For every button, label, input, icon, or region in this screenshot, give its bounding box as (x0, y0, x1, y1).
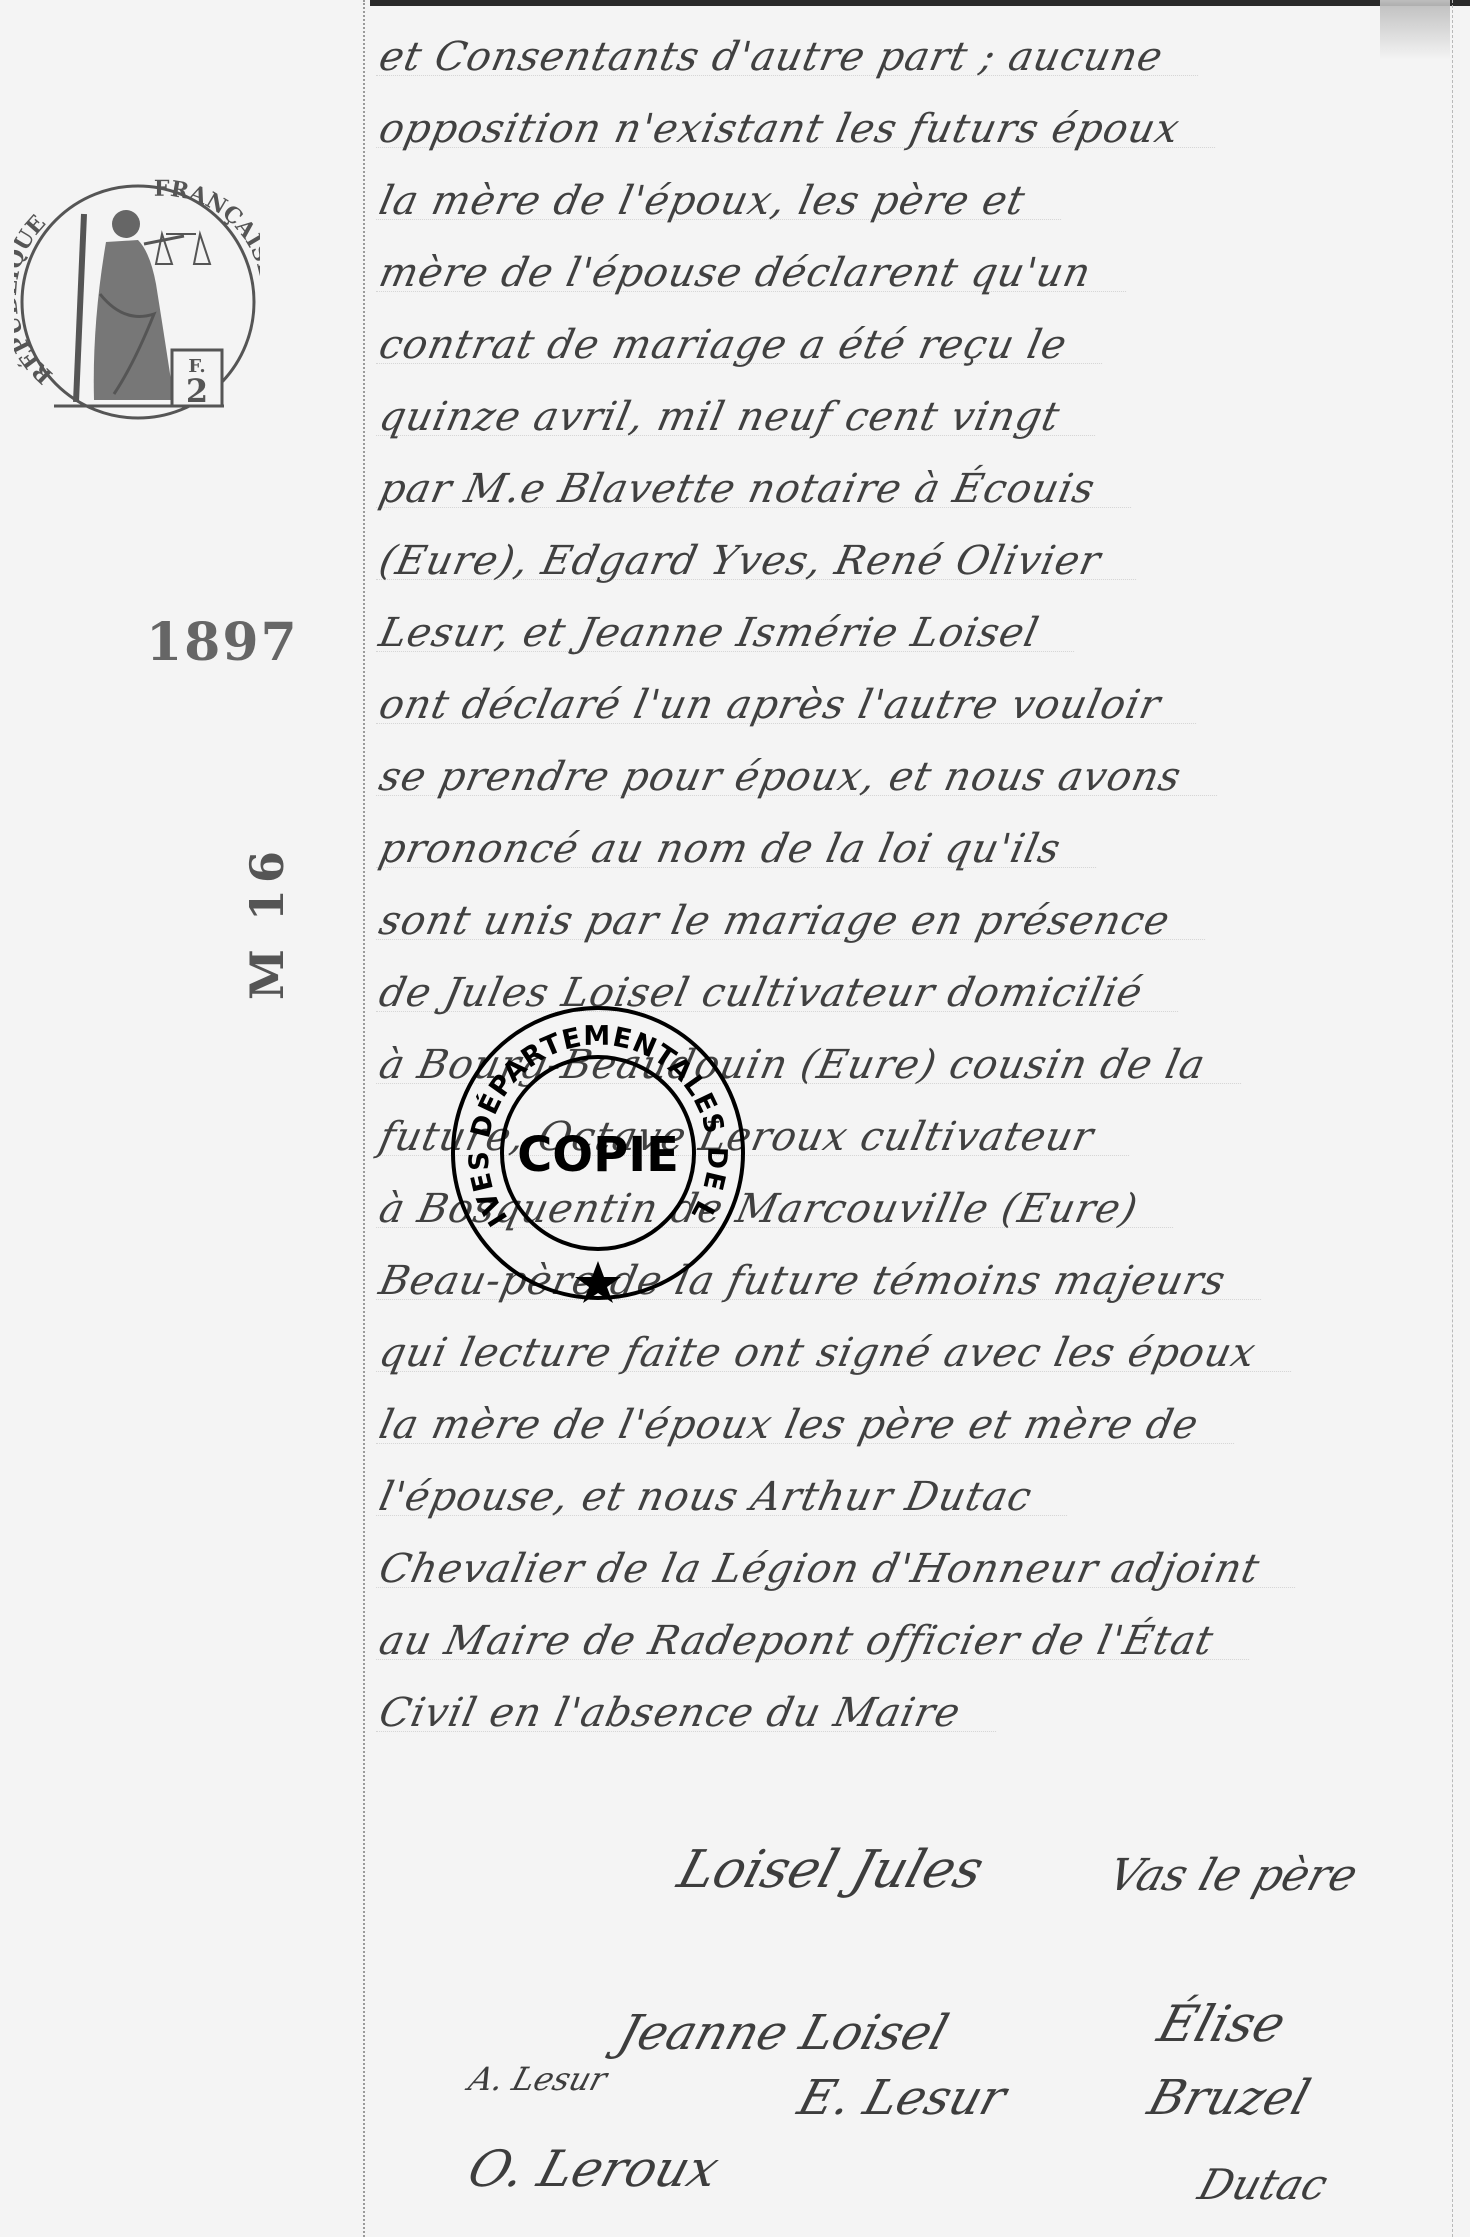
handwritten-line: la mère de l'époux, les père et (375, 178, 1029, 224)
handwritten-line: au Maire de Radepont officier de l'État (375, 1618, 1218, 1664)
scan-top-edge (370, 0, 1470, 6)
scan-corner-shadow (1380, 0, 1450, 60)
allegory-of-justice-icon: RÉPUBLIQUE FRANÇAISE F. 2 (14, 174, 260, 426)
stamp-denomination-value: 2 (186, 372, 208, 410)
register-year: 1897 (146, 612, 299, 673)
signature: E. Lesur (792, 2070, 1012, 2126)
stamp-text-left: RÉPUBLIQUE (14, 210, 58, 389)
handwritten-line: par M.e Blavette notaire à Écouis (375, 466, 1099, 512)
signature: Élise (1152, 1995, 1292, 2053)
fiscal-stamp: RÉPUBLIQUE FRANÇAISE F. 2 (14, 174, 260, 426)
margin-rule (363, 0, 365, 2237)
signatures-block: Loisel Jules Vas le père Jeanne Loisel É… (380, 1790, 1440, 2230)
stamp-ring-text: ARCHIVES DÉPARTEMENTALES DE L'EURE (448, 1003, 732, 1232)
signature: Jeanne Loisel (612, 2005, 954, 2061)
handwritten-line: mère de l'épouse déclarent qu'un (375, 250, 1095, 296)
handwritten-line: l'épouse, et nous Arthur Dutac (375, 1474, 1036, 1520)
signature: Loisel Jules (671, 1840, 990, 1900)
handwritten-line: qui lecture faite ont signé avec les épo… (375, 1330, 1260, 1376)
archive-copy-stamp: ARCHIVES DÉPARTEMENTALES DE L'EURE COPIE (448, 1003, 748, 1303)
handwritten-line: contrat de mariage a été reçu le (375, 322, 1071, 368)
handwritten-line: et Consentants d'autre part ; aucune (375, 34, 1167, 80)
right-edge-rule (1452, 0, 1453, 2237)
stamp-copy-label: COPIE (517, 1127, 679, 1183)
handwritten-line: quinze avril, mil neuf cent vingt (375, 394, 1064, 440)
signature: Vas le père (1103, 1850, 1364, 1901)
register-code: M 16 (240, 845, 294, 1000)
handwritten-line: Civil en l'absence du Maire (375, 1690, 965, 1736)
handwritten-line: ont déclaré l'un après l'autre vouloir (375, 682, 1165, 728)
signature: A. Lesur (465, 2060, 612, 2098)
handwritten-line: la mère de l'époux les père et mère de (375, 1402, 1203, 1448)
svg-text:RÉPUBLIQUE: RÉPUBLIQUE (14, 210, 58, 389)
handwritten-line: opposition n'existant les futurs époux (375, 106, 1184, 152)
handwritten-line: se prendre pour époux, et nous avons (375, 754, 1185, 800)
handwritten-line: (Eure), Edgard Yves, René Olivier (375, 538, 1105, 584)
signature: O. Leroux (462, 2140, 726, 2198)
signature: Dutac (1193, 2160, 1333, 2209)
handwritten-line: sont unis par le mariage en présence (375, 898, 1174, 944)
handwritten-line: Chevalier de la Légion d'Honneur adjoint (375, 1546, 1264, 1592)
svg-text:ARCHIVES DÉPARTEMENTALES DE L': ARCHIVES DÉPARTEMENTALES DE L'EURE (448, 1003, 732, 1232)
handwritten-line: prononcé au nom de la loi qu'ils (375, 826, 1065, 872)
handwritten-line: Lesur, et Jeanne Ismérie Loisel (375, 610, 1043, 656)
signature: Bruzel (1142, 2070, 1316, 2126)
